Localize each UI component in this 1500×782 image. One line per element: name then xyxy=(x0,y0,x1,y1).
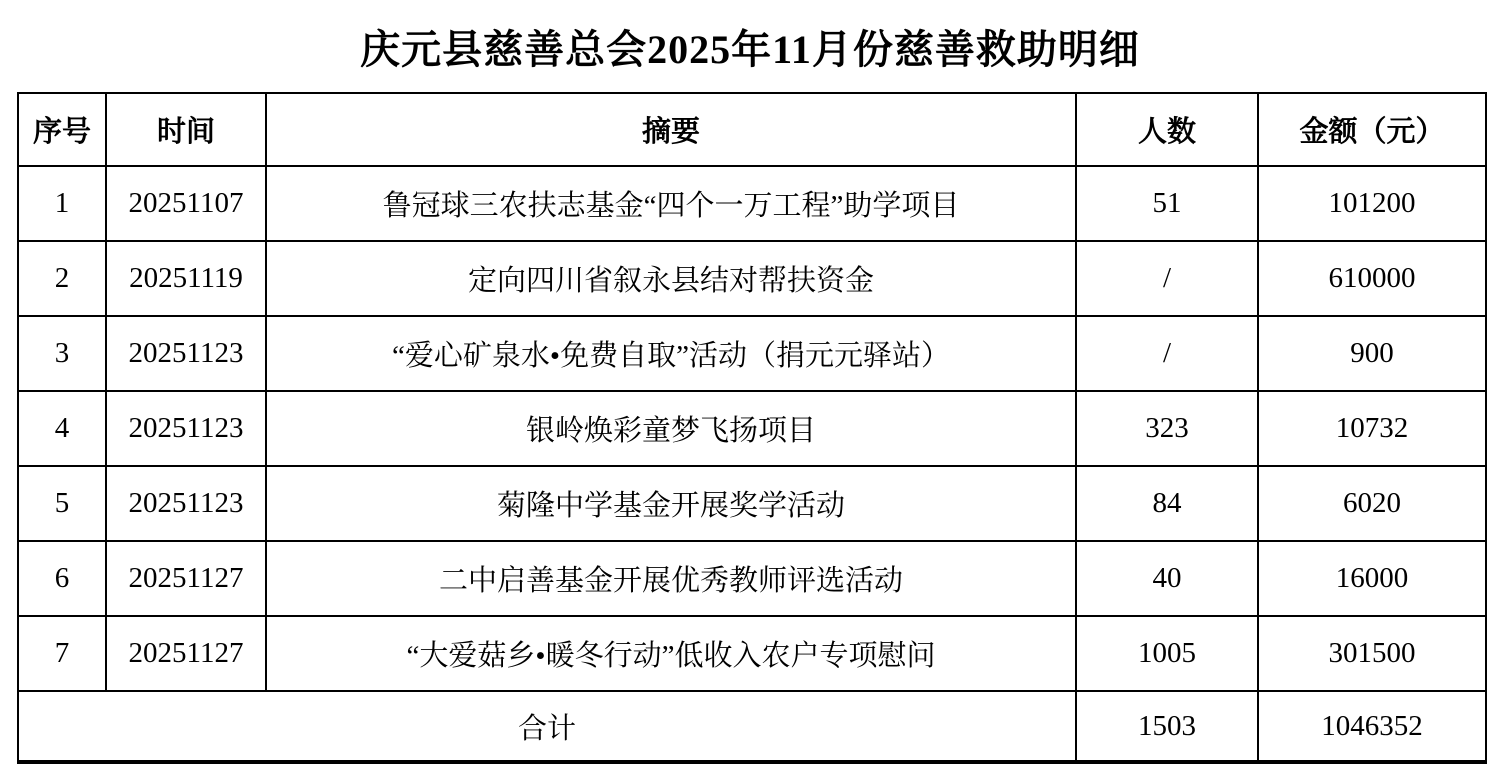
cell-amount: 6020 xyxy=(1258,466,1486,541)
header-cell-people: 人数 xyxy=(1076,93,1258,166)
cell-date: 20251107 xyxy=(106,166,266,241)
cell-people: 51 xyxy=(1076,166,1258,241)
cell-no: 4 xyxy=(18,391,106,466)
total-label: 合计 xyxy=(18,691,1076,762)
table-header-row: 序号 时间 摘要 人数 金额（元） xyxy=(18,93,1486,166)
table-row: 3 20251123 “爱心矿泉水•免费自取”活动（捐元元驿站） / 900 xyxy=(18,316,1486,391)
cell-people: / xyxy=(1076,316,1258,391)
cell-no: 6 xyxy=(18,541,106,616)
relief-detail-table: 序号 时间 摘要 人数 金额（元） 1 20251107 鲁冠球三农扶志基金“四… xyxy=(17,92,1487,764)
page-title: 庆元县慈善总会2025年11月份慈善救助明细 xyxy=(0,0,1500,92)
cell-no: 1 xyxy=(18,166,106,241)
cell-date: 20251123 xyxy=(106,316,266,391)
table-row: 4 20251123 银岭焕彩童梦飞扬项目 323 10732 xyxy=(18,391,1486,466)
cell-summary: 二中启善基金开展优秀教师评选活动 xyxy=(266,541,1076,616)
cell-no: 2 xyxy=(18,241,106,316)
table-row: 5 20251123 菊隆中学基金开展奖学活动 84 6020 xyxy=(18,466,1486,541)
header-cell-amount: 金额（元） xyxy=(1258,93,1486,166)
cell-no: 3 xyxy=(18,316,106,391)
cell-people: / xyxy=(1076,241,1258,316)
cell-people: 323 xyxy=(1076,391,1258,466)
cell-amount: 900 xyxy=(1258,316,1486,391)
cell-date: 20251123 xyxy=(106,466,266,541)
cell-date: 20251123 xyxy=(106,391,266,466)
document-page: 庆元县慈善总会2025年11月份慈善救助明细 序号 时间 摘要 人数 金额（元）… xyxy=(0,0,1500,782)
cell-amount: 610000 xyxy=(1258,241,1486,316)
cell-summary: 定向四川省叙永县结对帮扶资金 xyxy=(266,241,1076,316)
table-row: 7 20251127 “大爱菇乡•暖冬行动”低收入农户专项慰问 1005 301… xyxy=(18,616,1486,691)
header-cell-date: 时间 xyxy=(106,93,266,166)
header-cell-no: 序号 xyxy=(18,93,106,166)
cell-amount: 10732 xyxy=(1258,391,1486,466)
cell-date: 20251119 xyxy=(106,241,266,316)
cell-no: 5 xyxy=(18,466,106,541)
total-amount: 1046352 xyxy=(1258,691,1486,762)
cell-people: 40 xyxy=(1076,541,1258,616)
cell-people: 84 xyxy=(1076,466,1258,541)
cell-summary: “大爱菇乡•暖冬行动”低收入农户专项慰问 xyxy=(266,616,1076,691)
cell-date: 20251127 xyxy=(106,541,266,616)
header-cell-summary: 摘要 xyxy=(266,93,1076,166)
cell-amount: 301500 xyxy=(1258,616,1486,691)
cell-amount: 101200 xyxy=(1258,166,1486,241)
cell-amount: 16000 xyxy=(1258,541,1486,616)
cell-no: 7 xyxy=(18,616,106,691)
cell-summary: 银岭焕彩童梦飞扬项目 xyxy=(266,391,1076,466)
cell-people: 1005 xyxy=(1076,616,1258,691)
cell-date: 20251127 xyxy=(106,616,266,691)
total-people: 1503 xyxy=(1076,691,1258,762)
table-total-row: 合计 1503 1046352 xyxy=(18,691,1486,762)
cell-summary: “爱心矿泉水•免费自取”活动（捐元元驿站） xyxy=(266,316,1076,391)
table-row: 2 20251119 定向四川省叙永县结对帮扶资金 / 610000 xyxy=(18,241,1486,316)
cell-summary: 菊隆中学基金开展奖学活动 xyxy=(266,466,1076,541)
cell-summary: 鲁冠球三农扶志基金“四个一万工程”助学项目 xyxy=(266,166,1076,241)
table-row: 6 20251127 二中启善基金开展优秀教师评选活动 40 16000 xyxy=(18,541,1486,616)
table-row: 1 20251107 鲁冠球三农扶志基金“四个一万工程”助学项目 51 1012… xyxy=(18,166,1486,241)
